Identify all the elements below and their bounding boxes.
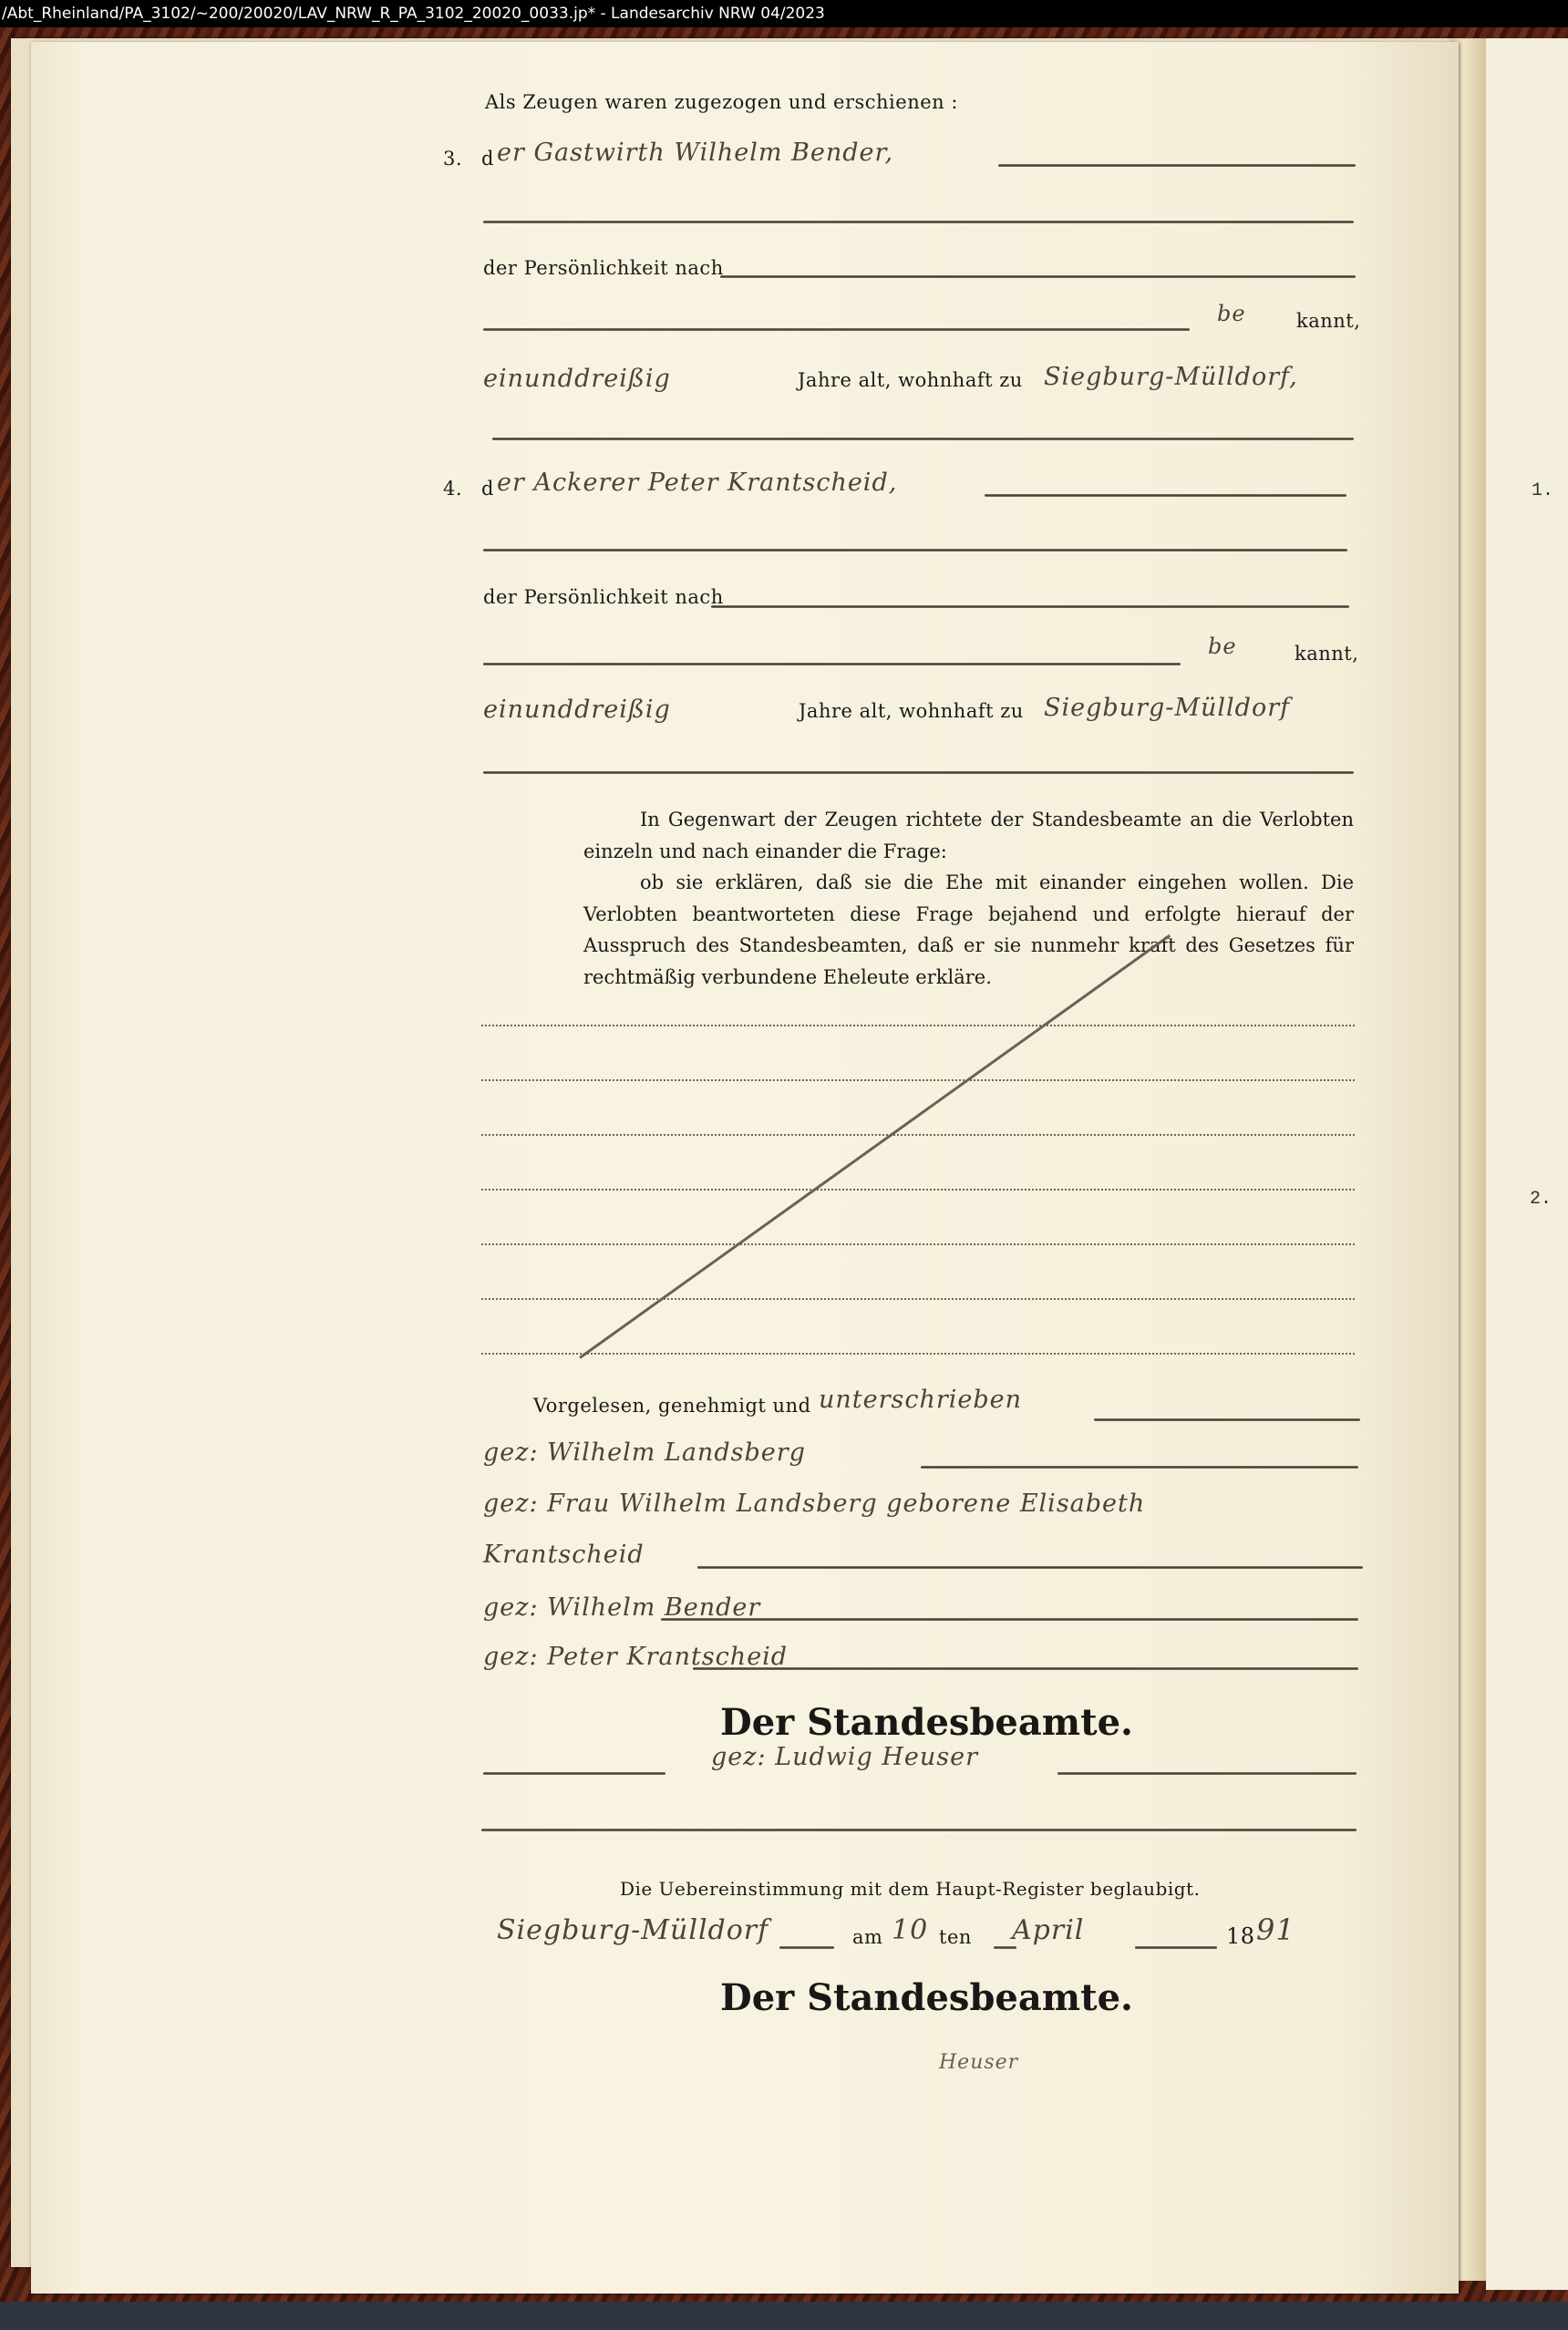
form-rule [711, 605, 1349, 608]
blank-dotted-line [481, 1025, 1355, 1026]
table-surface [0, 2302, 1568, 2330]
form-rule [483, 221, 1354, 223]
registrar-signature: gez: Ludwig Heuser [711, 1743, 978, 1771]
form-rule [921, 1466, 1358, 1469]
form-rule [998, 164, 1356, 167]
form-rule [483, 771, 1354, 774]
form-rule [720, 275, 1356, 278]
certification-place: Siegburg-Mülldorf [497, 1914, 769, 1946]
blank-dotted-line [481, 1134, 1355, 1136]
witness-3-age-label: Jahre alt, wohnhaft zu [798, 369, 1023, 391]
form-rule [697, 1566, 1363, 1569]
blank-dotted-line [481, 1353, 1355, 1355]
witness-4-age-label: Jahre alt, wohnhaft zu [799, 700, 1024, 722]
witness-3-known: be [1217, 301, 1246, 326]
certification-am-label: am [852, 1926, 882, 1948]
adjacent-page-number-2: 2. [1530, 1189, 1552, 1210]
witness-3-known-label: kannt, [1296, 310, 1360, 332]
witness-4-name: er Ackerer Peter Krantscheid, [497, 469, 897, 497]
certification-text: Die Uebereinstimmung mit dem Haupt-Regis… [620, 1878, 1200, 1900]
witness-4-prefix: d [481, 478, 494, 500]
form-rule [661, 1618, 1358, 1621]
certification-month: April [1012, 1914, 1084, 1946]
form-rule [481, 1829, 1357, 1831]
witnesses-heading: Als Zeugen waren zugezogen und erschiene… [485, 91, 958, 113]
signature-line-1: gez: Wilhelm Landsberg [483, 1438, 806, 1467]
witness-3-age: einunddreißig [483, 365, 671, 393]
witness-3-name: er Gastwirth Wilhelm Bender, [497, 139, 893, 167]
witness-4-known: be [1208, 634, 1237, 659]
form-rule [693, 1667, 1358, 1670]
certification-ten-label: ten [939, 1926, 972, 1948]
certification-registrar-signature: Heuser [939, 2051, 1018, 2074]
form-rule [483, 1772, 665, 1775]
witness-3-identity-label: der Persönlichkeit nach [483, 257, 724, 279]
witness-4-number: 4. [443, 478, 462, 500]
form-rule [1135, 1946, 1217, 1949]
form-rule [1057, 1772, 1357, 1775]
witness-4-age: einunddreißig [483, 696, 671, 724]
form-rule [492, 438, 1354, 440]
certification-registrar-heading: Der Standesbeamte. [720, 1976, 1133, 2019]
witness-3-residence: Siegburg-Mülldorf, [1044, 363, 1298, 391]
form-rule [779, 1946, 834, 1949]
registrar-heading: Der Standesbeamte. [720, 1701, 1133, 1744]
witness-4-known-label: kannt, [1295, 643, 1358, 665]
ceremony-answer-text: ob sie erklären, daß sie die Ehe mit ein… [583, 867, 1354, 993]
form-rule [994, 1946, 1016, 1949]
window-title: /Abt_Rheinland/PA_3102/~200/20020/LAV_NR… [2, 5, 825, 23]
certification-year-suffix: 91 [1256, 1912, 1295, 1947]
read-approved-label: Vorgelesen, genehmigt und [533, 1395, 811, 1417]
form-rule [483, 549, 1347, 552]
signature-line-3: Krantscheid [483, 1541, 645, 1569]
certification-year-prefix: 18 [1226, 1923, 1255, 1949]
form-rule [483, 663, 1181, 665]
blank-dotted-line [481, 1189, 1355, 1191]
form-rule [1094, 1418, 1360, 1421]
form-rule [985, 494, 1346, 497]
read-approved-handwritten: unterschrieben [819, 1386, 1022, 1414]
signature-line-2: gez: Frau Wilhelm Landsberg geborene Eli… [483, 1490, 1145, 1518]
adjacent-page: 1. 2. [1486, 38, 1568, 2290]
ceremony-paragraph: In Gegenwart der Zeugen richtete der Sta… [583, 804, 1354, 993]
adjacent-page-number-1: 1. [1532, 480, 1553, 501]
witness-3-prefix: d [481, 148, 494, 170]
witness-3-number: 3. [443, 148, 462, 170]
form-rule [483, 328, 1190, 331]
blank-dotted-line [481, 1243, 1355, 1245]
ceremony-question-text: In Gegenwart der Zeugen richtete der Sta… [583, 804, 1354, 867]
blank-dotted-line [481, 1079, 1355, 1081]
blank-dotted-line [481, 1298, 1355, 1300]
witness-4-identity-label: der Persönlichkeit nach [483, 586, 724, 608]
certification-day: 10 [892, 1914, 928, 1946]
witness-4-residence: Siegburg-Mülldorf [1044, 694, 1290, 722]
window-title-bar: /Abt_Rheinland/PA_3102/~200/20020/LAV_NR… [0, 0, 1568, 27]
